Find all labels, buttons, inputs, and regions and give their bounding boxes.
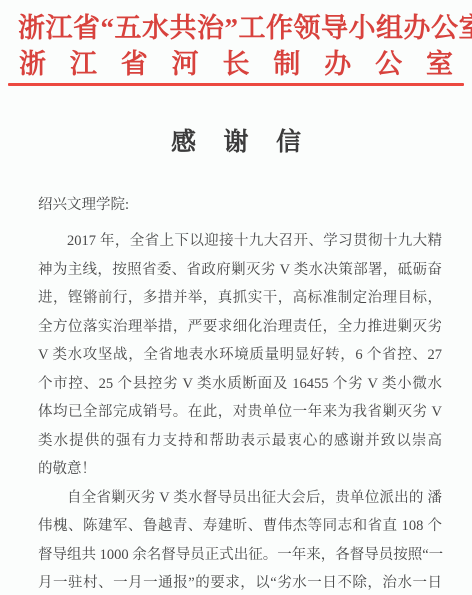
body-line: 伟槐、陈建军、鲁越青、寿建昕、曹伟杰等同志和省直 108 个 <box>38 512 442 541</box>
body-line: 督导组共 1000 余名督导员正式出征。一年来，各督导员按照“一 <box>38 541 442 570</box>
body-line: 月一驻村、一月一通报”的要求，以“劣水一日不除，治水一日 <box>38 569 442 595</box>
red-divider <box>8 83 464 86</box>
body-line: 神为主线，按照省委、省政府剿灭劣 V 类水决策部署，砥砺奋 <box>38 256 442 285</box>
body-line: 个市控、25 个县控劣 V 类水质断面及 16455 个劣 V 类小微水 <box>38 370 442 399</box>
body-line: 进，铿锵前行，多措并举，真抓实干，高标准制定治理目标， <box>38 284 442 313</box>
letter-page: 浙江省“五水共治”工作领导小组办公室 浙江省河长制办公室 感 谢 信 绍兴文理学… <box>0 0 472 595</box>
org-name-line-2: 浙江省河长制办公室 <box>19 47 453 82</box>
body-line: 体均已全部完成销号。在此，对贵单位一年来为我省剿灭劣 V <box>38 398 442 427</box>
paragraph-2: 自全省剿灭劣 V 类水督导员出征大会后，贵单位派出的 潘 伟槐、陈建军、鲁越青、… <box>38 484 442 595</box>
letter-body: 绍兴文理学院: 2017 年，全省上下以迎接十九大召开、学习贯彻十九大精 神为主… <box>38 194 442 595</box>
body-line: 的敬意！ <box>38 455 442 484</box>
org-name-line-1: 浙江省“五水共治”工作领导小组办公室 <box>18 9 454 47</box>
body-line: 全方位落实治理举措，严要求细化治理责任，全力推进剿灭劣 <box>38 313 442 342</box>
body-line: V 类水攻坚战，全省地表水环境质量明显好转，6 个省控、27 <box>38 341 442 370</box>
paragraph-1: 2017 年，全省上下以迎接十九大召开、学习贯彻十九大精 神为主线，按照省委、省… <box>38 227 442 484</box>
salutation: 绍兴文理学院: <box>38 194 442 216</box>
letter-title: 感 谢 信 <box>0 127 472 159</box>
body-line: 类水提供的强有力支持和帮助表示最衷心的感谢并致以崇高 <box>38 427 442 456</box>
body-line: 自全省剿灭劣 V 类水督导员出征大会后，贵单位派出的 潘 <box>38 484 442 513</box>
letterhead: 浙江省“五水共治”工作领导小组办公室 浙江省河长制办公室 <box>0 0 472 86</box>
body-line: 2017 年，全省上下以迎接十九大召开、学习贯彻十九大精 <box>38 227 442 256</box>
